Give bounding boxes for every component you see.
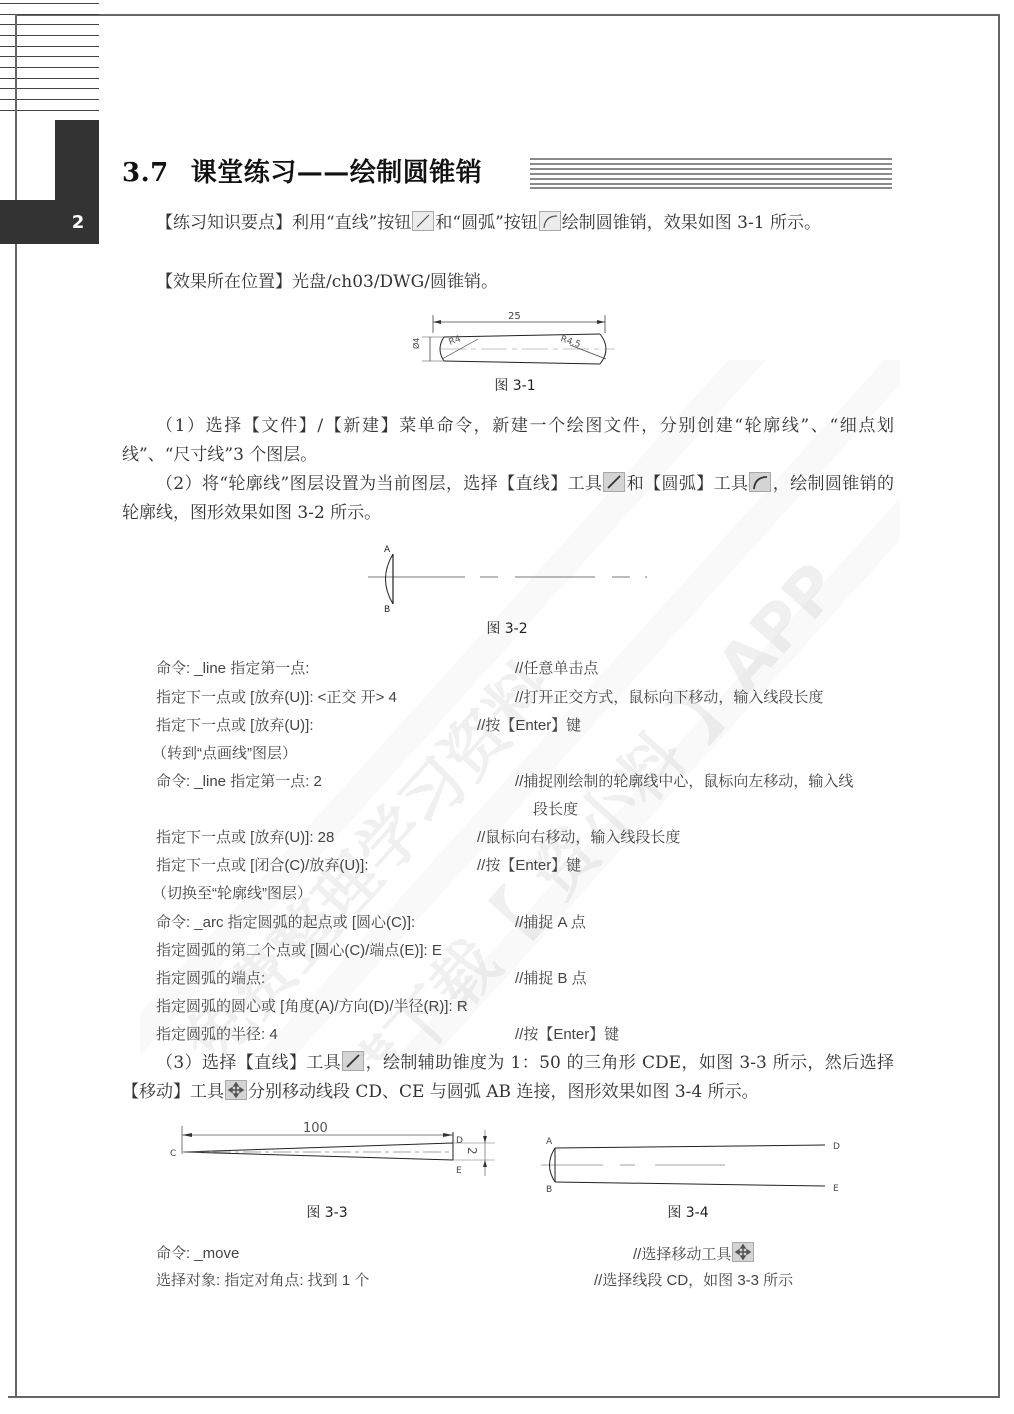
cmd-line: 指定圆弧的端点:: [156, 967, 265, 988]
cmd-comment: //打开正交方式，鼠标向下移动，输入线段长度: [515, 686, 823, 707]
step-1: （1）选择【文件】/【新建】菜单命令，新建一个绘图文件，分别创建“轮廓线”、“细…: [122, 412, 894, 470]
cmd-line: 命令: _move: [156, 1242, 239, 1263]
cmd-comment-text: //选择移动工具: [633, 1246, 731, 1263]
fig3-dim-height: 2: [465, 1147, 479, 1155]
fig3-label-d: D: [456, 1136, 463, 1146]
cmd-comment: //选择线段 CD，如图 3-3 所示: [594, 1269, 793, 1290]
move-tool-icon: [732, 1242, 754, 1262]
fig4-label-a: A: [546, 1137, 553, 1147]
figure-3-2-caption: 图 3-2: [462, 618, 552, 638]
fig4-label-e: E: [833, 1184, 839, 1194]
section-number: 3.7: [122, 158, 169, 188]
figure-3-4-drawing: A B D E: [535, 1130, 855, 1200]
intro-knowledge-points: 【练习知识要点】利用“直线”按钮和“圆弧”按钮绘制圆锥销，效果如图 3-1 所示…: [122, 209, 894, 238]
intro-text-3: 绘制圆锥销，效果如图 3-1 所示。: [562, 213, 821, 233]
fig4-label-d: D: [833, 1142, 840, 1152]
figure-3-1-caption: 图 3-1: [470, 375, 560, 395]
figure-3-3-caption: 图 3-3: [282, 1202, 372, 1222]
cmd-comment: //捕捉刚绘制的轮廓线中心，鼠标向左移动，输入线: [515, 770, 853, 791]
fig2-label-b: B: [384, 605, 390, 615]
move-tool-icon: [225, 1080, 247, 1100]
cmd-line: 指定下一点或 [闭合(C)/放弃(U)]:: [156, 854, 368, 875]
watermark-line2: 请下载【 资小料 】APP: [320, 540, 857, 1060]
step-2-text-1: （2）将“轮廓线”图层设置为当前图层，选择【直线】工具: [156, 474, 602, 494]
fig1-dim-diameter: Ø4: [411, 338, 421, 349]
page-number: 2: [64, 212, 92, 236]
cmd-comment: //鼠标向右移动，输入线段长度: [477, 826, 680, 847]
cmd-line: 命令: _line 指定第一点: 2: [156, 770, 322, 791]
cmd-comment: //捕捉 B 点: [515, 967, 587, 988]
step-3-text-3: 分别移动线段 CD、CE 与圆弧 AB 连接，图形效果如图 3-4 所示。: [248, 1082, 759, 1102]
fig4-label-b: B: [546, 1185, 552, 1195]
page-frame-bottom: [8, 1396, 1000, 1398]
fig1-radius-right: R4.5: [559, 334, 582, 350]
cmd-line: 指定圆弧的圆心或 [角度(A)/方向(D)/半径(R)]: R: [156, 995, 468, 1016]
line-tool-icon: [603, 472, 625, 492]
cmd-line: 命令: _line 指定第一点:: [156, 657, 309, 678]
cmd-line: 指定下一点或 [放弃(U)]: <正交 开> 4: [156, 686, 397, 707]
cmd-line: 命令: _arc 指定圆弧的起点或 [圆心(C)]:: [156, 911, 415, 932]
figure-3-4-caption: 图 3-4: [643, 1202, 733, 1222]
chapter-tab-cutout: [0, 120, 55, 200]
step-2: （2）将“轮廓线”图层设置为当前图层，选择【直线】工具和【圆弧】工具，绘制圆锥销…: [122, 470, 894, 528]
page-frame-top: [16, 14, 1000, 16]
intro-text-1: 【练习知识要点】利用“直线”按钮: [156, 213, 411, 233]
cmd-comment: //按【Enter】键: [515, 1023, 619, 1044]
fig3-label-e: E: [456, 1166, 462, 1176]
line-tool-icon: [412, 211, 434, 231]
fig3-dim-length: 100: [303, 1121, 328, 1136]
cmd-line: 指定圆弧的半径: 4: [156, 1023, 278, 1044]
fig2-label-a: A: [384, 545, 391, 555]
section-heading: 3.7课堂练习——绘制圆锥销: [122, 152, 482, 189]
corner-vertical-line: [15, 14, 17, 200]
step-3-text-1: （3）选择【直线】工具: [156, 1053, 341, 1073]
cmd-line: 指定下一点或 [放弃(U)]: 28: [156, 826, 334, 847]
arc-tool-icon: [539, 211, 561, 231]
cmd-comment: //任意单击点: [515, 657, 598, 678]
intro-text-2: 和“圆弧”按钮: [435, 213, 537, 233]
section-title: 课堂练习——绘制圆锥销: [191, 158, 483, 188]
intro-result-location: 【效果所在位置】光盘/ch03/DWG/圆锥销。: [122, 268, 894, 297]
figure-3-1-drawing: 25 Ø4 R4 R4.5: [400, 305, 620, 365]
cmd-comment-continued: 段长度: [533, 798, 578, 819]
cmd-comment: //按【Enter】键: [477, 714, 581, 735]
cmd-comment: //捕捉 A 点: [515, 911, 586, 932]
cmd-comment: //选择移动工具: [633, 1242, 755, 1264]
step-2-text-2: 和【圆弧】工具: [626, 474, 748, 494]
cmd-line: （切换至“轮廓线”图层）: [152, 882, 312, 903]
cmd-line: 选择对象: 指定对角点: 找到 1 个: [156, 1269, 369, 1290]
page-frame-right: [998, 14, 1000, 1398]
fig3-label-c: C: [170, 1149, 176, 1159]
fig1-dim-length: 25: [508, 311, 521, 322]
line-tool-icon: [342, 1051, 364, 1071]
arc-tool-icon: [749, 472, 771, 492]
step-3: （3）选择【直线】工具，绘制辅助锥度为 1：50 的三角形 CDE，如图 3-3…: [122, 1049, 894, 1107]
cmd-line: 指定下一点或 [放弃(U)]:: [156, 714, 314, 735]
cmd-line: （转到“点画线”图层）: [152, 742, 297, 763]
figure-3-2-drawing: A B: [360, 540, 660, 615]
figure-3-3-drawing: 100 2 C D E: [165, 1118, 495, 1198]
heading-rule-lines: [530, 156, 892, 188]
cmd-line: 指定圆弧的第二个点或 [圆心(C)/端点(E)]: E: [156, 939, 442, 960]
cmd-comment: //按【Enter】键: [477, 854, 581, 875]
